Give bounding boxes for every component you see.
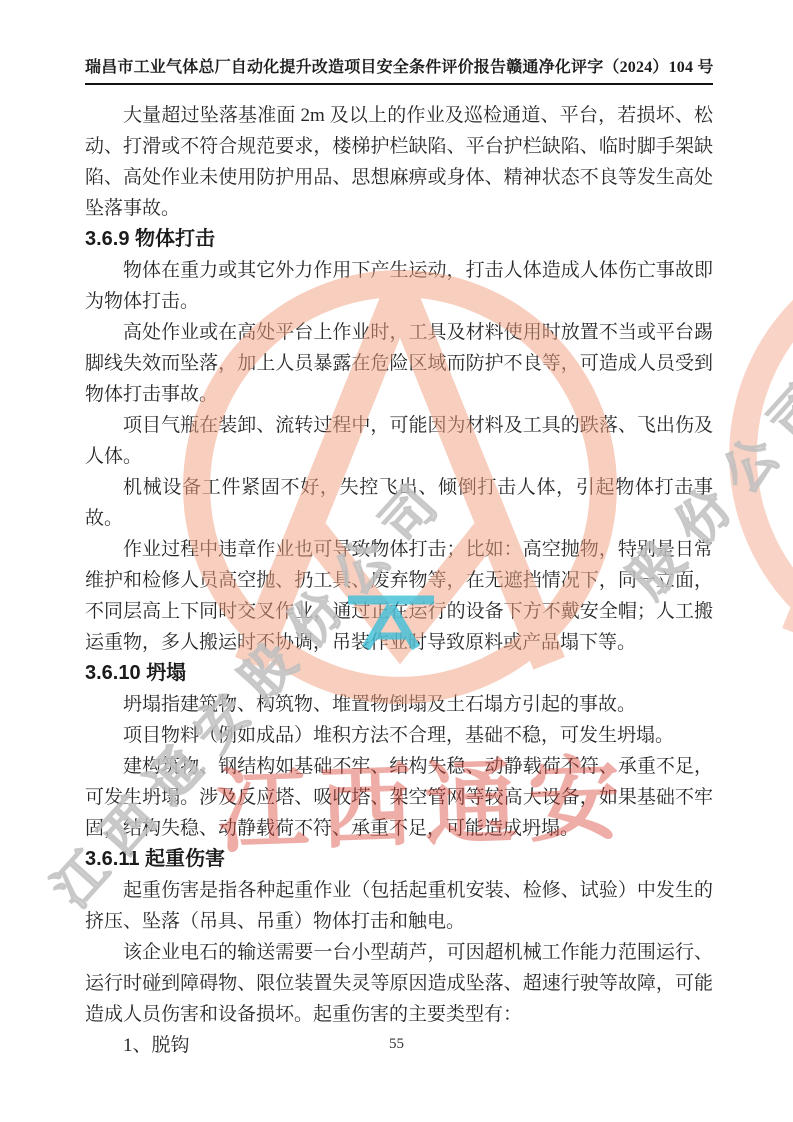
paragraph: 高处作业或在高处平台上作业时，工具及材料使用时放置不当或平台踢脚线失效而坠落，加… <box>85 317 713 410</box>
paragraph: 机械设备工件紧固不好，失控飞出、倾倒打击人体，引起物体打击事故。 <box>85 472 713 534</box>
document-page: 瑞昌市工业气体总厂自动化提升改造项目安全条件评价报告 赣通净化评字（2024）1… <box>0 0 793 1122</box>
paragraph: 作业过程中违章作业也可导致物体打击；比如：高空抛物，特别是日常维护和检修人员高空… <box>85 534 713 658</box>
paragraph: 大量超过坠落基准面 2m 及以上的作业及巡检通道、平台，若损坏、松动、打滑或不符… <box>85 100 713 224</box>
safety-a-logo-partial-watermark-icon <box>720 225 793 685</box>
section-heading: 3.6.9 物体打击 <box>85 224 713 255</box>
header-doc-number: 赣通净化评字（2024）104 号 <box>506 54 713 77</box>
paragraph: 物体在重力或其它外力作用下产生运动，打击人体造成人体伤亡事故即为物体打击。 <box>85 255 713 317</box>
document-body: 大量超过坠落基准面 2m 及以上的作业及巡检通道、平台，若损坏、松动、打滑或不符… <box>85 100 713 1061</box>
paragraph: 项目物料（例如成品）堆积方法不合理，基础不稳，可发生坍塌。 <box>85 720 713 751</box>
paragraph: 坍塌指建筑物、构筑物、堆置物倒塌及土石塌方引起的事故。 <box>85 689 713 720</box>
paragraph: 项目气瓶在装卸、流转过程中，可能因为材料及工具的跌落、飞出伤及人体。 <box>85 410 713 472</box>
section-heading: 3.6.10 坍塌 <box>85 658 713 689</box>
page-header: 瑞昌市工业气体总厂自动化提升改造项目安全条件评价报告 赣通净化评字（2024）1… <box>85 54 713 85</box>
list-item: 1、脱钩 <box>85 1030 713 1061</box>
paragraph: 该企业电石的输送需要一台小型葫芦，可因超机械工作能力范围运行、运行时碰到障碍物、… <box>85 937 713 1030</box>
paragraph: 建构筑物、钢结构如基础不牢、结构失稳、动静载荷不符、承重不足，可发生坍塌。涉及反… <box>85 751 713 844</box>
section-heading: 3.6.11 起重伤害 <box>85 844 713 875</box>
header-report-title: 瑞昌市工业气体总厂自动化提升改造项目安全条件评价报告 <box>85 54 506 77</box>
paragraph: 起重伤害是指各种起重作业（包括起重机安装、检修、试验）中发生的挤压、坠落（吊具、… <box>85 875 713 937</box>
